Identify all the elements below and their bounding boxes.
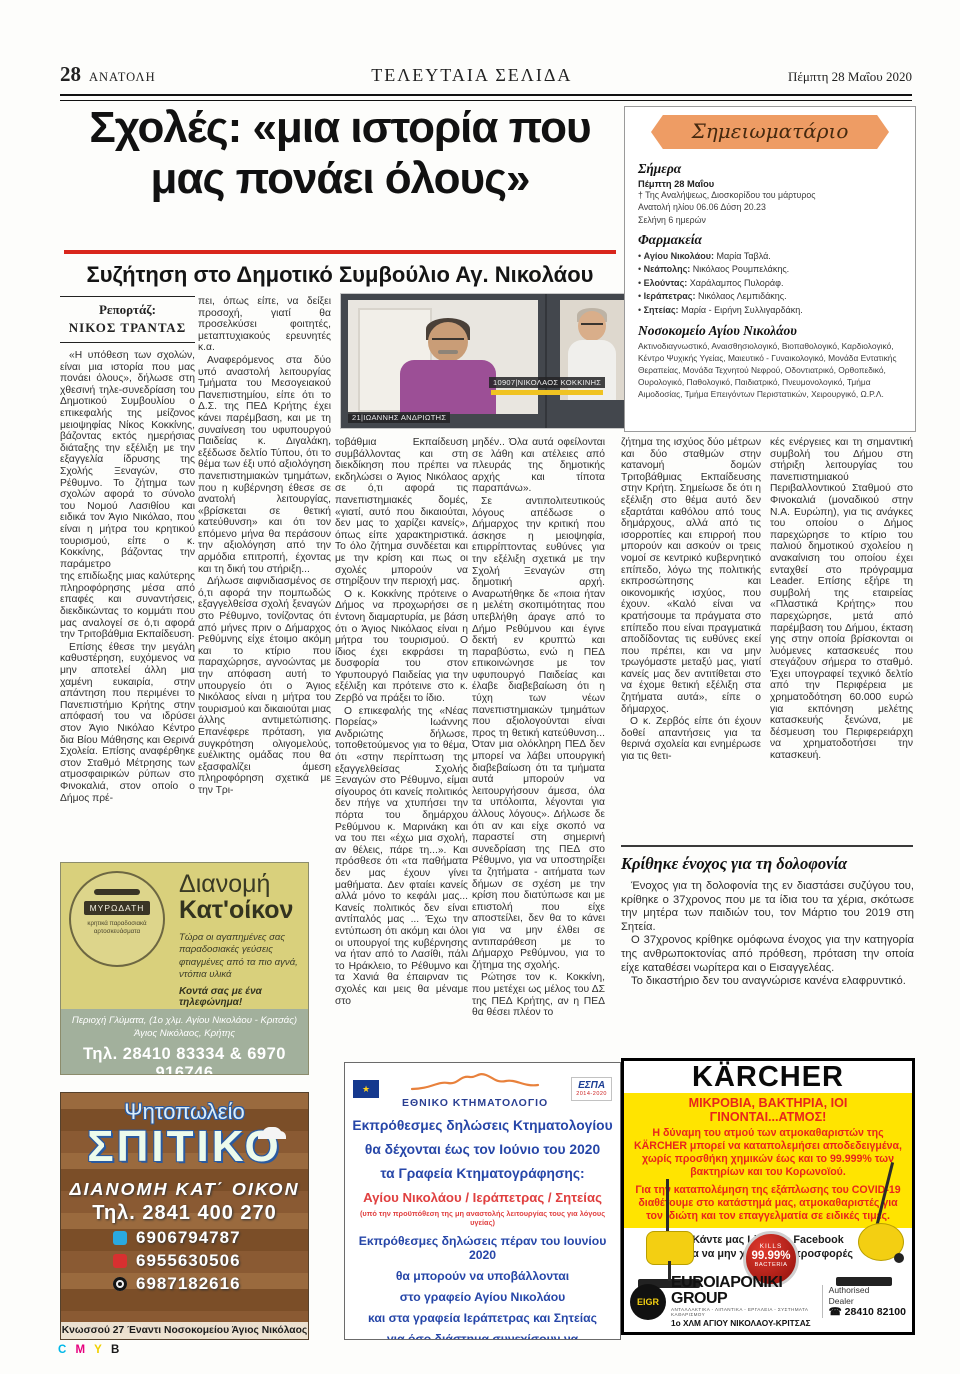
espa-logo: ΕΣΠΑ 2014-2020 [571,1077,612,1100]
delivery-app-icon [113,1277,127,1291]
person-mustache [438,350,458,354]
photo-caption-left: 21|ΙΩΑΝΝΗΣ ΑΝΔΡΙΩΤΗΣ [348,412,450,423]
espa-years: 2014-2020 [576,1091,607,1097]
dealer-phone: 28410 82100 [845,1306,906,1318]
skyline-icon [410,1069,540,1091]
byline-label: Ρεπορτάζ: [60,302,195,318]
page-number: 28 [60,62,81,86]
myrodati-brand-sub: κρητικά παραδοσιακά αρτοσκευάσματα [71,920,163,936]
byline-box: Ρεπορτάζ: ΝΙΚΟΣ ΤΡΑΝΤΑΣ [60,296,195,343]
article-column-4: μηδέν.. Όλα αυτά οφείλονται σε λάθη και … [472,437,605,1059]
mobile-number: 6987182616 [136,1274,241,1294]
today-heading: Σήμερα [638,161,902,177]
pharmacies-heading: Φαρμακεία [638,232,902,248]
body-paragraph: Δήλωσε αιφνιδιασμένος σε ό,τι αφορά την … [198,576,331,796]
dealer-name: EUROIAPONIKI GROUP [671,1275,822,1307]
notebook-box: Σημειωματάριο Σήμερα Πέμπτη 28 Μαΐου † Τ… [624,106,916,432]
delivery-title-1: Διανομή [179,871,300,897]
body-paragraph: της επιδίωξης μιας καλύτερης πληροφόρηση… [60,571,195,641]
photo-seam [545,294,547,428]
today-sun: Ανατολή ηλίου 06.06 Δύση 20.23 [638,201,902,213]
body-paragraph: Ο κ. Κοκκίνης πρότεινε ο Δήμος να προχωρ… [335,589,468,705]
ktimatologio-logos: ★ ΕΘΝΙΚΟ ΚΤΗΜΑΤΟΛΟΓΙΟ ΕΣΠΑ 2014-2020 [351,1069,614,1109]
rolling-pin-icon [94,889,140,895]
myrodati-location-1: Περιοχή Γλύματα, (1ο χλμ. Αγίου Νικολάου… [61,1015,308,1028]
phone-icon: ☎ [829,1306,842,1318]
verdict-title: Κρίθηκε ένοχος για τη δολοφονία [621,854,914,874]
myrodati-logo: ΜΥΡΩΔΑΤΗ κρητικά παραδοσιακά αρτοσκευάσμ… [69,871,171,1009]
verdict-paragraph: Ο 37χρονος κρίθηκε ομόφωνα ένοχος για τη… [621,934,914,975]
ktima-line: Εκπρόθεσμες δηλώσεις Κτηματολογίου [351,1118,614,1133]
myrodati-top: ΜΥΡΩΔΑΤΗ κρητικά παραδοσιακά αρτοσκευάσμ… [61,863,308,1009]
mobile-row: 6987182616 [61,1274,308,1294]
notebook-content: Σήμερα Πέμπτη 28 Μαΐου † Της Αναλήψεως, … [625,149,915,401]
dealer-address: 1ο ΧΛΜ ΑΓΙΟΥ ΝΙΚΟΛΑΟΥ-ΚΡΙΤΣΑΣ [671,1318,822,1328]
today-moon: Σελήνη 6 ημερών [638,214,902,226]
badge-kills: KILLS [746,1243,796,1250]
pharmacy-name: Νικόλαος Λεμπιδάκης. [698,291,787,301]
myrodati-location-2: Άγιος Νικόλαος, Κρήτης [61,1028,308,1041]
authorised-dealer: AuthorisedDealer ☎ 28410 82100 [822,1285,906,1317]
notebook-ribbon: Σημειωματάριο [651,115,889,149]
yellow-mark: Y [94,1344,102,1356]
subhead: Συζήτηση στο Δημοτικό Συμβούλιο Αγ. Νικο… [62,262,618,288]
verdict-paragraph: Το δικαστήριο δεν του αναγνώρισε κανένα … [621,975,914,989]
body-paragraph: Αναφερόμενος στα δύο υπό αναστολή λειτου… [198,355,331,575]
ktimatologio-org: ΕΘΝΙΚΟ ΚΤΗΜΑΤΟΛΟΓΙΟ [383,1097,567,1109]
myrodati-brand: ΜΥΡΩΔΑΤΗ [84,901,151,915]
photo-caption-right: 10907|ΝΙΚΟΛΑΟΣ ΚΟΚΚΙΝΗΣ [489,377,605,388]
steam-cleaner-right-icon [836,1161,910,1291]
pharmacy-name: Μαρία - Ειρήνη Συλλιγαρδάκη. [681,305,803,315]
pharmacy-item: Σητείας: Μαρία - Ειρήνη Συλλιγαρδάκη. [638,304,902,318]
ktimatologio-logo: ΕΘΝΙΚΟ ΚΤΗΜΑΤΟΛΟΓΙΟ [379,1069,571,1109]
body-paragraph: μηδέν.. Όλα αυτά οφείλονται σε λάθη και … [472,437,605,495]
body-paragraph: Ρώτησε τον κ. Κοκκίνη, που μετέχει ως μέ… [472,972,605,1018]
header-rule [60,94,912,101]
myrodati-ad: ΜΥΡΩΔΑΤΗ κρητικά παραδοσιακά αρτοσκευάσμ… [60,862,309,1075]
body-paragraph: Σε αντιπολιτευτικούς λόγους απέδωσε ο Δή… [472,496,605,971]
eu-flag-icon: ★ [353,1080,379,1098]
body-paragraph: πει, όπως είπε, να δείξει προσοχή, γιατί… [198,296,331,354]
main-headline: Σχολές: «μια ιστορία που μας πονάει όλου… [62,102,618,204]
paper-name: ΑΝΑΤΟΛΗ [89,70,156,84]
cyan-mark: C [58,1344,66,1356]
delivery-app-icon [113,1231,127,1245]
person-glasses [432,338,464,345]
verdict-article: Κρίθηκε ένοχος για τη δολοφονία Ένοχος γ… [621,854,914,989]
ktima-line: θα μπορούν να υποβάλλονται [351,1269,614,1283]
myrodati-tagline-2: Κοντά σας με ένα τηλεφώνημα! [179,986,300,1008]
mobile-row: 6906794787 [61,1228,308,1248]
pharmacy-item: Ελούντας: Χαράλαμπος Πυλοράφ. [638,277,902,291]
myrodati-tagline: Τώρα οι αγαπημένες σας παραδοσιακές γεύσ… [179,932,300,982]
pharmacy-name: Χαράλαμπος Πυλοράφ. [690,278,784,288]
myrodati-band: Περιοχή Γλύματα, (1ο χλμ. Αγίου Νικολάου… [61,1009,308,1075]
ktima-line: τα Γραφεία Κτηματογράφησης: [351,1166,614,1181]
black-mark: B [111,1344,119,1356]
pharmacy-name: Νικόλαος Ρουμπελάκης. [693,264,789,274]
body-paragraph: ζήτημα της ισχύος δύο μέτρων και δύο στα… [621,437,761,715]
myrodati-phone: Τηλ. 28410 83334 & 6970 916746 [61,1045,308,1075]
article-column-2: πει, όπως είπε, να δείξει προσοχή, γιατί… [198,296,331,856]
pharmacy-area: Σητείας: [644,305,679,315]
pharmacy-name: Μαρία Ταβλά. [716,251,770,261]
karcher-dealer-row: EIGR EUROIAPONIKI GROUP ΑΝΤΑΛΛΑΚΤΙΚΑ - Λ… [624,1275,912,1328]
mobile-number: 6906794787 [136,1228,241,1248]
espa-text: ΕΣΠΑ [576,1080,607,1091]
masthead: 28 ΑΝΑΤΟΛΗ [60,62,156,87]
pharmacy-area: Ελούντας: [644,278,688,288]
badge-bacteria: BACTERIA [746,1262,796,1268]
photo-tile-left [348,300,538,414]
ktima-line: θα δέχονται έως τον Ιούνιο του 2020 [351,1142,614,1157]
issue-date: Πέμπτη 28 Μαΐου 2020 [788,69,912,85]
person2-glasses [581,323,603,330]
karcher-logo: KÄRCHER [624,1061,912,1093]
pharmacy-item: Νεάπολης: Νικόλαος Ρουμπελάκης. [638,263,902,277]
pharmacy-area: Νεάπολης: [644,264,691,274]
ktima-line: και στα γραφεία Ιεράπετρας και Σητείας [351,1311,614,1325]
verdict-paragraph: Ένοχος για τη δολοφονία της εν διαστάσει… [621,880,914,934]
delivery-title-2: Κατ'οίκον [179,897,300,925]
dealer-services: ΑΝΤΑΛΛΑΚΤΙΚΑ - ΛΙΠΑΝΤΙΚΑ - ΕΡΓΑΛΕΙΑ - ΣΥ… [671,1307,822,1317]
authorised-line2: Dealer [829,1296,854,1306]
video-call-photo: 21|ΙΩΑΝΝΗΣ ΑΝΔΡΙΩΤΗΣ 10907|ΝΙΚΟΛΑΟΣ ΚΟΚΚ… [340,293,632,429]
today-saint: † Της Αναλήψεως, Διοσκορίδου του μάρτυρο… [638,189,902,201]
badge-percent: 99.99% [746,1250,796,1262]
person-shirt [400,360,496,414]
section-title: ΤΕΛΕΥΤΑΙΑ ΣΕΛΙΔΑ [371,65,572,86]
mobile-row: 6955630506 [61,1251,308,1271]
ktima-line: Εκπρόθεσμες δηλώσεις πέραν του Ιουνίου 2… [351,1234,614,1262]
caption-highlight-bar [491,390,603,395]
wreath-logo-icon: ΜΥΡΩΔΑΤΗ κρητικά παραδοσιακά αρτοσκευάσμ… [69,871,165,967]
page-header: 28 ΑΝΑΤΟΛΗ ΤΕΛΕΥΤΑΙΑ ΣΕΛΙΔΑ Πέμπτη 28 Μα… [60,62,912,87]
delivery-app-icon [113,1254,127,1268]
pharmacy-area: Αγίου Νικολάου: [644,251,714,261]
ktima-offices: Αγίου Νικολάου / Ιεράπετρας / Σητείας [351,1190,614,1205]
spitiko-phone: Τηλ. 2841 400 270 [61,1202,308,1225]
headline-rule [64,250,616,254]
body-paragraph: Επίσης έθεσε την μεγάλη καθυστέρηση, ευχ… [60,642,195,804]
magenta-mark: M [76,1344,86,1356]
pharmacy-area: Ιεράπετρας: [644,291,696,301]
article-column-1: Ρεπορτάζ: ΝΙΚΟΣ ΤΡΑΝΤΑΣ «Η υπόθεση των σ… [60,296,195,856]
karcher-ad: KÄRCHER ΜΙΚΡΟΒΙΑ, ΒΑΚΤΗΡΙΑ, ΙΟΙ ΓΙΝΟΝΤΑΙ… [621,1058,915,1335]
body-paragraph: τοβάθμια Εκπαίδευση συμβάλλοντας και στη… [335,437,468,588]
spitiko-delivery: ΔΙΑΝΟΜΗ ΚΑΤ΄ ΟΙΚΟΝ [61,1179,308,1200]
print-registration-marks: C M Y B [58,1344,125,1356]
hospital-departments: Ακτινοδιαγνωστικό, Αναισθησιολογικό, Βιο… [638,341,902,401]
chef-hat-icon [262,1127,282,1139]
body-paragraph: «Η υπόθεση των σχολών, είναι μια ιστορία… [60,350,195,570]
article-column-5: ζήτημα της ισχύος δύο μέτρων και δύο στα… [621,437,761,839]
hospital-heading: Νοσοκομείο Αγίου Νικολάου [638,323,902,339]
pharmacy-item: Αγίου Νικολάου: Μαρία Ταβλά. [638,250,902,264]
today-date: Πέμπτη 28 Μαΐου [638,179,902,189]
body-paragraph: κές ενέργειες και τη σημαντική συμβολή τ… [770,437,913,762]
ktima-condition: (υπό την προϋπόθεση της μη αναστολής λει… [351,1209,614,1227]
body-paragraph: Ο κ. Ζερβός είπε ότι έχουν δοθεί απαντήσ… [621,716,761,762]
article-column-6: κές ενέργειες και τη σημαντική συμβολή τ… [770,437,913,822]
authorised-line1: Authorised [829,1285,870,1295]
byline-name: ΝΙΚΟΣ ΤΡΑΝΤΑΣ [60,320,195,336]
body-paragraph: Ο επικεφαλής της «Νέας Πορείας» Ιωάννης … [335,706,468,1007]
spitiko-ad: Ψητοπωλείο ΣΠΙΤΙΚΟ ΔΙΑΝΟΜΗ ΚΑΤ΄ ΟΙΚΟΝ Τη… [60,1092,309,1340]
mobile-number: 6955630506 [136,1251,241,1271]
article-column-3: τοβάθμια Εκπαίδευση συμβάλλοντας και στη… [335,437,468,1059]
section-divider [621,845,913,847]
pharmacy-item: Ιεράπετρας: Νικόλαος Λεμπιδάκης. [638,290,902,304]
eigr-logo: EIGR [630,1284,666,1320]
karcher-headline: ΜΙΚΡΟΒΙΑ, ΒΑΚΤΗΡΙΑ, ΙΟΙ ΓΙΝΟΝΤΑΙ...ΑΤΜΟΣ… [632,1096,904,1124]
dealer-info: EUROIAPONIKI GROUP ΑΝΤΑΛΛΑΚΤΙΚΑ - ΛΙΠΑΝΤ… [666,1275,822,1328]
ktima-line: για όσο διάστημα συνεχίσουν να λειτουργο… [351,1332,614,1340]
spitiko-address: Κνωσσού 27 Έναντι Νοσοκομείου Άγιος Νικό… [61,1322,308,1339]
myrodati-text: Διανομή Κατ'οίκον Τώρα οι αγαπημένες σας… [171,871,300,1009]
ktimatologio-ad: ★ ΕΘΝΙΚΟ ΚΤΗΜΑΤΟΛΟΓΙΟ ΕΣΠΑ 2014-2020 Εκπ… [344,1062,621,1340]
ktima-line: στο γραφείο Αγίου Νικολάου [351,1290,614,1304]
